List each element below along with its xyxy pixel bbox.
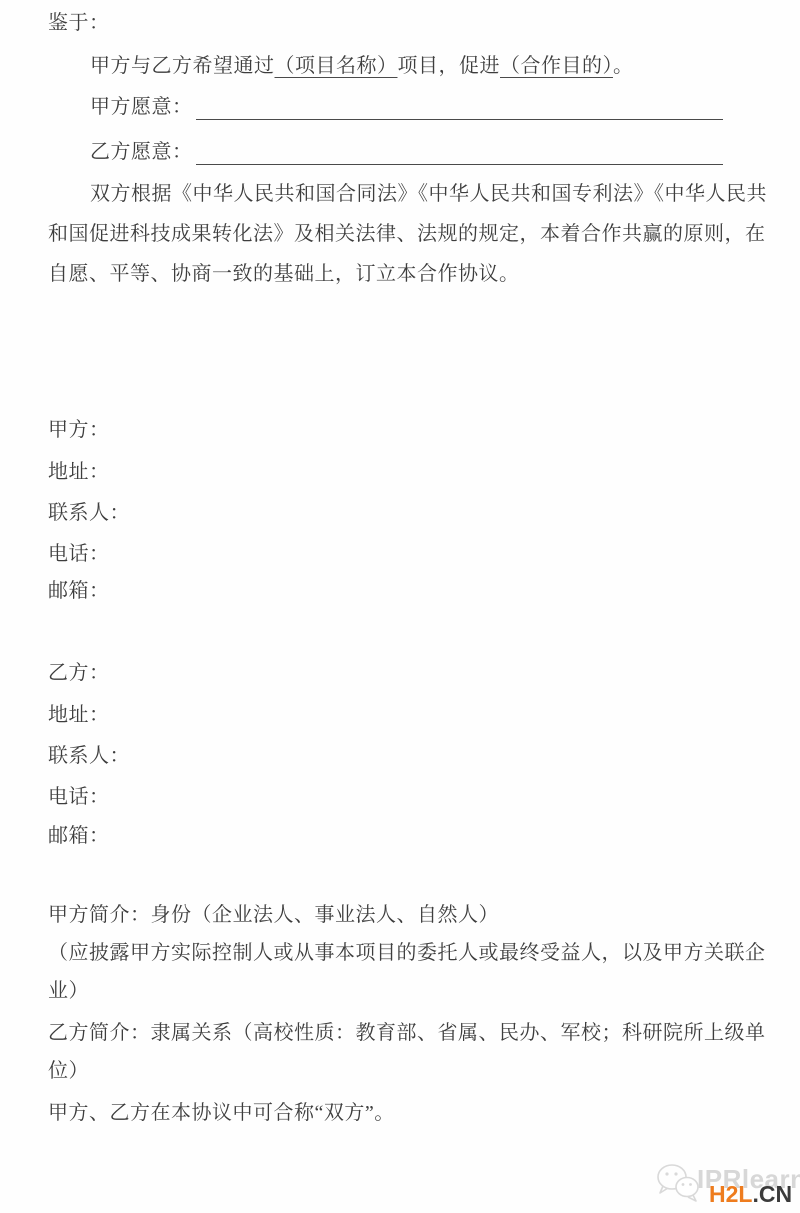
party-a-disclosure-line-wrap: 业） bbox=[48, 978, 89, 1004]
party-b-willing-line: 乙方愿意： bbox=[90, 139, 723, 165]
cooperation-goal-placeholder: （合作目的） bbox=[500, 55, 613, 77]
party-b-willing-label: 乙方愿意： bbox=[90, 139, 193, 165]
party-b-address-label: 地址： bbox=[48, 702, 110, 728]
party-b-willing-blank bbox=[196, 139, 723, 165]
party-a-address-label: 地址： bbox=[48, 459, 110, 485]
party-a-email-label: 邮箱： bbox=[48, 578, 110, 604]
legal-paragraph-line: 自愿、平等、协商一致的基础上，订立本合作协议。 bbox=[48, 261, 520, 287]
party-b-title-label: 乙方： bbox=[48, 660, 110, 686]
intro-end-text: 。 bbox=[613, 55, 634, 77]
party-a-willing-label: 甲方愿意： bbox=[90, 94, 193, 120]
project-name-placeholder: （项目名称） bbox=[275, 55, 398, 77]
legal-paragraph-line: 双方根据《中华人民共和国合同法》《中华人民共和国专利法》《中华人民共 bbox=[90, 181, 767, 207]
party-b-profile-line-wrap: 位） bbox=[48, 1058, 89, 1084]
watermark-site-tld: .CN bbox=[752, 1181, 792, 1207]
wechat-icon bbox=[655, 1160, 701, 1213]
party-b-phone-label: 电话： bbox=[48, 784, 110, 810]
party-a-disclosure-line: （应披露甲方实际控制人或从事本项目的委托人或最终受益人，以及甲方关联企 bbox=[48, 940, 766, 966]
intro-mid-text: 项目，促进 bbox=[398, 55, 501, 77]
joint-reference-line: 甲方、乙方在本协议中可合称“双方”。 bbox=[48, 1100, 395, 1126]
party-a-willing-line: 甲方愿意： bbox=[90, 94, 723, 120]
party-a-contact-person-label: 联系人： bbox=[48, 500, 130, 526]
intro-sentence: 甲方与乙方希望通过（项目名称）项目，促进（合作目的）。 bbox=[90, 53, 634, 79]
intro-pre-text: 甲方与乙方希望通过 bbox=[90, 55, 275, 77]
legal-paragraph-line: 和国促进科技成果转化法》及相关法律、法规的规定，本着合作共赢的原则，在 bbox=[48, 221, 766, 247]
party-b-contact-person-label: 联系人： bbox=[48, 743, 130, 769]
watermark-site-name: H2L bbox=[709, 1181, 752, 1207]
party-a-willing-blank bbox=[196, 94, 723, 120]
document-page: 鉴于： 甲方与乙方希望通过（项目名称）项目，促进（合作目的）。 甲方愿意： 乙方… bbox=[0, 0, 800, 1213]
party-a-phone-label: 电话： bbox=[48, 541, 110, 567]
whereas-label: 鉴于： bbox=[48, 10, 110, 36]
party-a-profile-line: 甲方简介：身份（企业法人、事业法人、自然人） bbox=[48, 902, 499, 928]
party-b-email-label: 邮箱： bbox=[48, 823, 110, 849]
party-a-title-label: 甲方： bbox=[48, 417, 110, 443]
watermark-site-text: H2L.CN bbox=[709, 1180, 792, 1210]
party-b-profile-line: 乙方简介：隶属关系（高校性质：教育部、省属、民办、军校；科研院所上级单 bbox=[48, 1020, 766, 1046]
